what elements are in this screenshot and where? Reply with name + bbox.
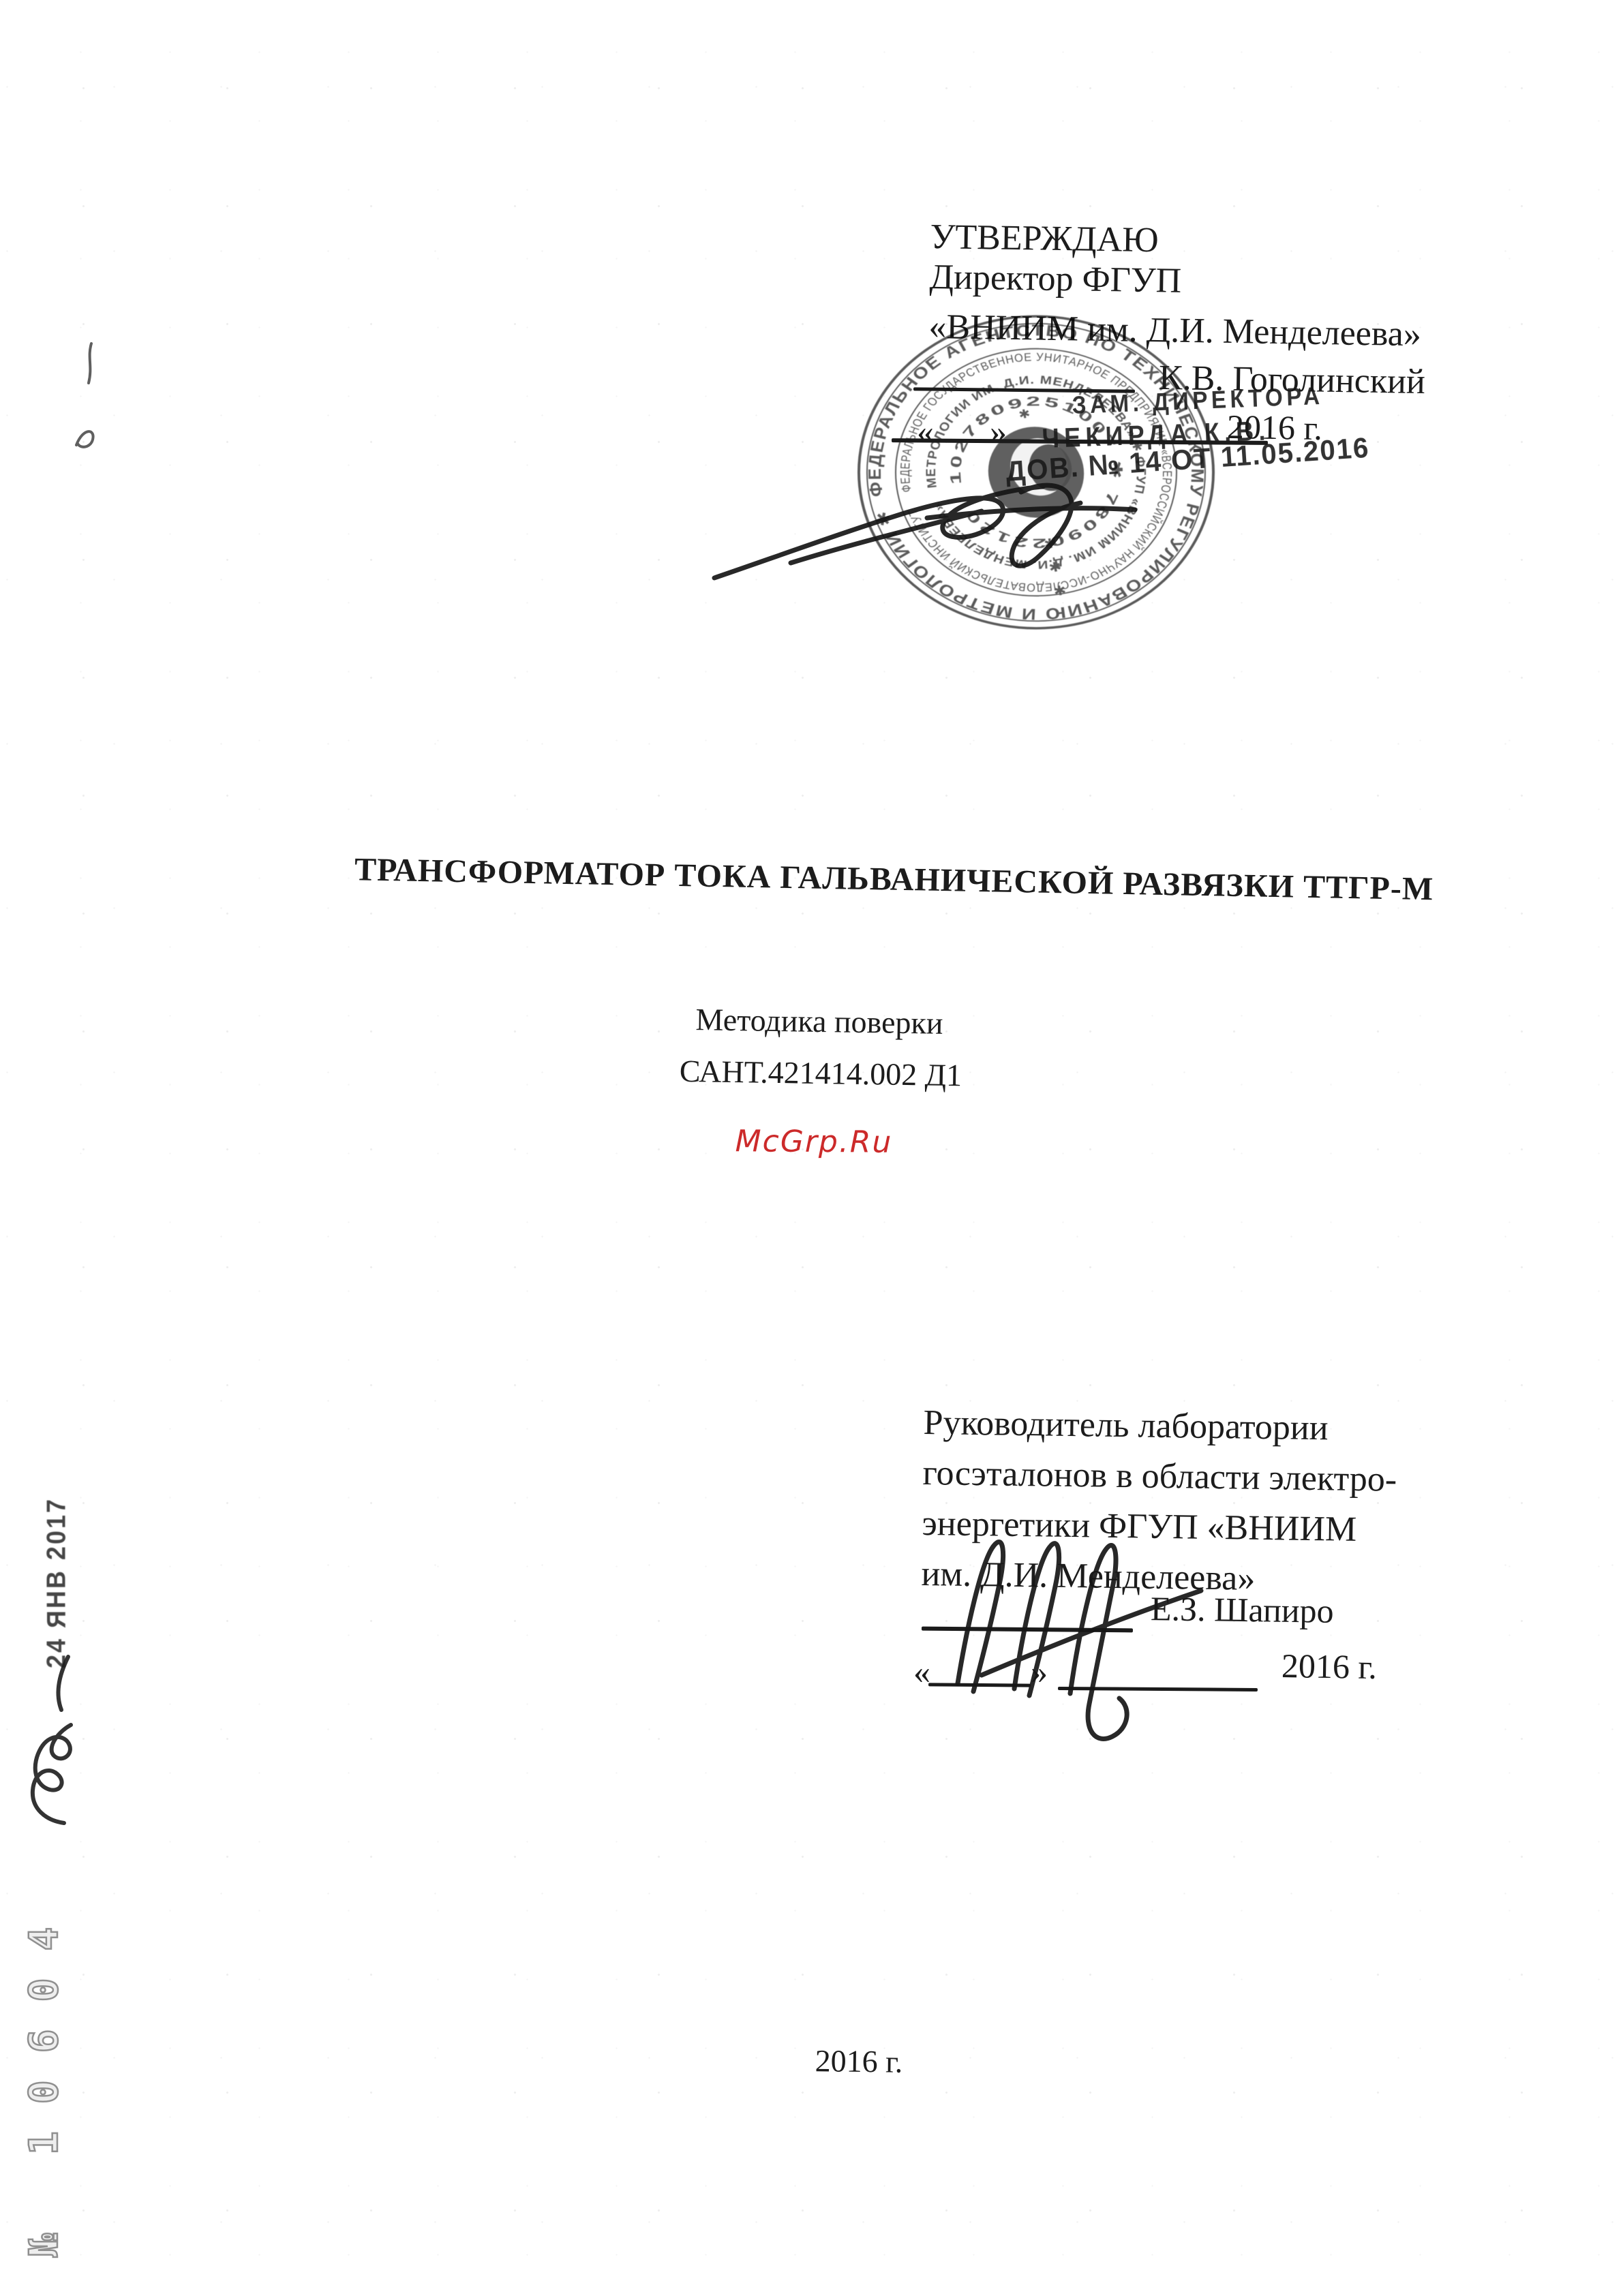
incoming-date-stamp: 24 ЯНВ 2017 (41, 1497, 72, 1668)
approval-year-bottom: 2016 г. (1281, 1646, 1378, 1687)
handwritten-dash (48, 1653, 82, 1714)
lab-head-line2: госэталонов в области электро- (922, 1456, 1397, 1498)
ink-mark-2 (72, 419, 103, 453)
approve-word: УТВЕРЖДАЮ (930, 219, 1159, 258)
document-subtitle: Методика поверки (308, 995, 1331, 1047)
registry-number-stamp: № 10604 (20, 1900, 67, 2257)
site-watermark: McGrp.Ru (303, 1121, 1325, 1163)
document-number: САНТ.421414.002 Д1 (309, 1047, 1333, 1099)
ink-mark-1 (82, 339, 102, 387)
footer-year: 2016 г. (763, 2042, 955, 2080)
document-title: ТРАНСФОРМАТОР ТОКА ГАЛЬВАНИЧЕСКОЙ РАЗВЯЗ… (354, 851, 1378, 906)
director-signature (688, 429, 1166, 607)
scanned-document-page: УТВЕРЖДАЮ Директор ФГУП «ВНИИМ им. Д.И. … (0, 0, 1623, 2296)
lab-head-line1: Руководитель лаборатории (923, 1405, 1329, 1446)
handwritten-initials (15, 1714, 90, 1830)
lab-head-signature (934, 1520, 1220, 1751)
